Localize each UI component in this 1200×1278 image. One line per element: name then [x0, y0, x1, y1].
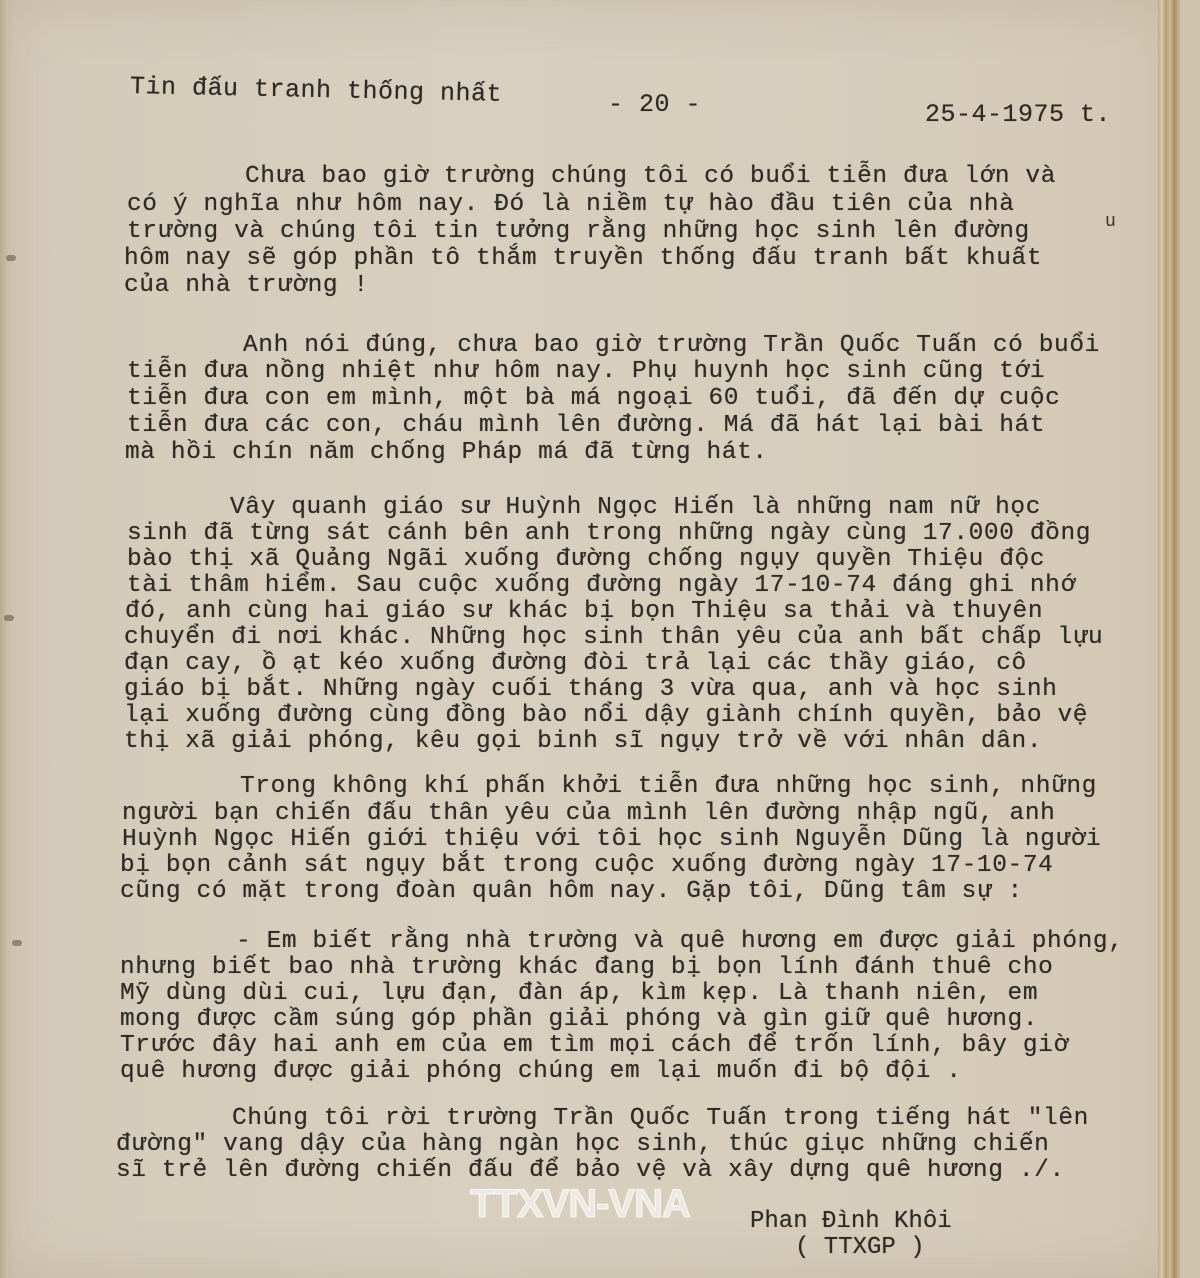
text-line: quê hương được giải phóng chúng em lại m…	[120, 1059, 962, 1085]
text-line: chuyển đi nơi khác. Những học sinh thân …	[124, 625, 1103, 651]
margin-punch-mark	[12, 940, 22, 946]
text-line: thị xã giải phóng, kêu gọi binh sĩ ngụy …	[124, 729, 1042, 755]
text-line: cũng có mặt trong đoàn quân hôm nay. Gặp…	[120, 879, 1023, 905]
agency-signature: ( TTXGP )	[795, 1234, 925, 1261]
text-line: Trước đây hai anh em của em tìm mọi cách…	[120, 1033, 1069, 1059]
agency-watermark: TTXVN-VNA	[470, 1182, 690, 1227]
margin-punch-mark	[6, 255, 16, 261]
document-date: 25-4-1975 t.	[925, 100, 1111, 129]
text-line: giáo bị bắt. Những ngày cuối tháng 3 vừa…	[124, 677, 1057, 703]
text-line: bào thị xã Quảng Ngãi xuống đường chống …	[127, 547, 1045, 573]
text-line: mà hồi chín năm chống Pháp má đã từng há…	[125, 440, 768, 466]
text-line: bị bọn cảnh sát ngụy bắt trong cuộc xuốn…	[120, 853, 1053, 879]
text-line: có ý nghĩa như hôm nay. Đó là niềm tự hà…	[127, 192, 1015, 218]
binding-edge	[1158, 0, 1180, 1278]
text-line: Trong không khí phấn khởi tiễn đưa những…	[240, 774, 1097, 800]
text-line: tiễn đưa con em mình, một bà má ngoại 60…	[127, 386, 1060, 412]
text-line: đường" vang dậy của hàng ngàn học sinh, …	[116, 1132, 1049, 1158]
text-line: Mỹ dùng dùi cui, lựu đạn, đàn áp, kìm kẹ…	[120, 981, 1038, 1007]
author-signature: Phan Đình Khôi	[750, 1208, 952, 1235]
text-line: lại xuống đường cùng đồng bào nổi dậy gi…	[124, 703, 1088, 729]
text-line: tiễn đưa các con, cháu mình lên đường. M…	[127, 413, 1045, 439]
text-line: đạn cay, ồ ạt kéo xuống đường đòi trả lạ…	[124, 651, 1027, 677]
text-line: trường và chúng tôi tin tưởng rằng những…	[127, 219, 1030, 245]
text-line: tài thâm hiểm. Sau cuộc xuống đường ngày…	[127, 573, 1076, 599]
text-line: nhưng biết bao nhà trường khác đang bị b…	[120, 955, 1053, 981]
section-title: Tin đấu tranh thống nhất	[130, 72, 503, 109]
text-line: của nhà trường !	[124, 273, 369, 299]
text-line: Chưa bao giờ trường chúng tôi có buổi ti…	[245, 164, 1056, 190]
text-line: Vây quanh giáo sư Huỳnh Ngọc Hiến là nhữ…	[230, 495, 1041, 521]
text-line: người bạn chiến đấu thân yêu của mình lê…	[122, 801, 1055, 827]
text-line: hôm nay sẽ góp phần tô thắm truyền thống…	[124, 246, 1042, 272]
text-line: mong được cầm súng góp phần giải phóng v…	[120, 1007, 1038, 1033]
text-line: Anh nói đúng, chưa bao giờ trường Trần Q…	[243, 333, 1100, 359]
text-line: sinh đã từng sát cánh bên anh trong nhữn…	[127, 521, 1091, 547]
margin-punch-mark	[4, 615, 14, 621]
text-line: Huỳnh Ngọc Hiến giới thiệu với tôi học s…	[122, 827, 1101, 853]
page-number: - 20 -	[608, 90, 701, 119]
text-line: đó, anh cùng hai giáo sư khác bị bọn Thi…	[125, 599, 1043, 625]
text-line: sĩ trẻ lên đường chiến đấu để bảo vệ và …	[116, 1158, 1065, 1184]
typed-document-page: u Tin đấu tranh thống nhất - 20 - 25-4-1…	[0, 0, 1180, 1278]
stray-typed-mark: u	[1105, 212, 1116, 232]
text-line: tiễn đưa nồng nhiệt như hôm nay. Phụ huy…	[127, 359, 1045, 385]
text-line: Chúng tôi rời trường Trần Quốc Tuấn tron…	[232, 1106, 1089, 1132]
text-line: - Em biết rằng nhà trường và quê hương e…	[236, 929, 1124, 955]
page-left-edge	[0, 0, 8, 1278]
